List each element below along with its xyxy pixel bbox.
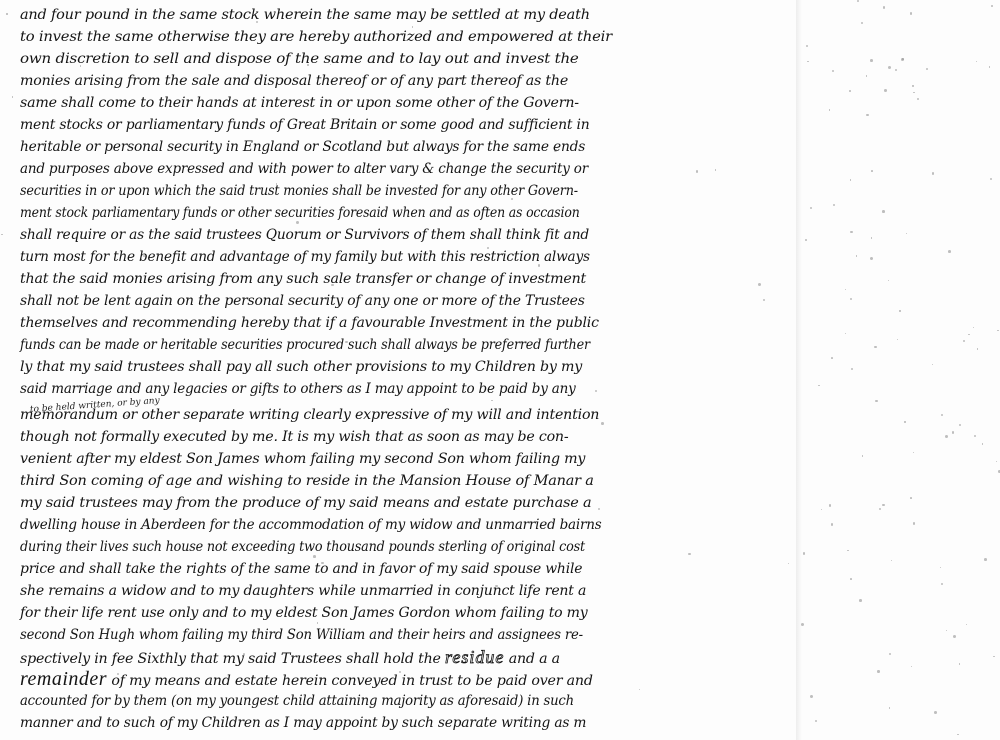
manuscript-line-33: manner and to such of my Children as I m…	[20, 712, 586, 734]
manuscript-line-14: shall not be lent again on the personal …	[20, 290, 585, 312]
line-31-text: of my means and estate herein conveyed i…	[111, 673, 592, 689]
remainder-word-emphasis: remainder	[20, 668, 107, 690]
residue-word-emphasis: residue	[445, 647, 504, 667]
manuscript-line-27: she remains a widow and to my daughters …	[20, 580, 586, 602]
manuscript-line-23: my said trustees may from the produce of…	[20, 492, 591, 514]
manuscript-line-12: turn most for the benefit and advantage …	[20, 246, 590, 268]
manuscript-line-16: funds can be made or heritable securitie…	[20, 334, 590, 356]
manuscript-line-1: and four pound in the same stock wherein…	[20, 4, 590, 26]
manuscript-line-7: heritable or personal security in Englan…	[20, 136, 585, 158]
manuscript-line-3: own discretion to sell and dispose of th…	[20, 48, 579, 70]
manuscript-line-30: spectively in fee Sixthly that my said T…	[20, 646, 560, 668]
line-30-text-start: spectively in fee Sixthly that my said T…	[20, 651, 441, 667]
manuscript-line-9: securities in or upon which the said tru…	[20, 180, 578, 202]
manuscript-line-15: themselves and recommending hereby that …	[20, 312, 599, 334]
manuscript-line-10: ment stock parliamentary funds or other …	[20, 202, 580, 224]
manuscript-line-24: dwelling house in Aberdeen for the accom…	[20, 514, 602, 536]
manuscript-line-22: third Son coming of age and wishing to r…	[20, 470, 594, 492]
manuscript-line-5: same shall come to their hands at intere…	[20, 92, 579, 114]
manuscript-line-2: to invest the same otherwise they are he…	[20, 26, 612, 48]
manuscript-line-21: venient after my eldest Son James whom f…	[20, 448, 585, 470]
manuscript-line-18: said marriage and any legacies or gifts …	[20, 378, 576, 400]
scanned-manuscript-page: and four pound in the same stock wherein…	[0, 0, 1000, 740]
manuscript-line-32: accounted for by them (on my youngest ch…	[20, 690, 574, 712]
manuscript-line-17: ly that my said trustees shall pay all s…	[20, 356, 582, 378]
manuscript-line-6: ment stocks or parliamentary funds of Gr…	[20, 114, 589, 136]
manuscript-line-28: for their life rent use only and to my e…	[20, 602, 588, 624]
manuscript-line-26: price and shall take the rights of the s…	[20, 558, 582, 580]
manuscript-line-8: and purposes above expressed and with po…	[20, 158, 588, 180]
manuscript-line-29: second Son Hugh whom failing my third So…	[20, 624, 583, 646]
manuscript-line-25: during their lives such house not exceed…	[20, 536, 585, 558]
line-30-text-end: and a a	[509, 651, 560, 667]
manuscript-line-20: though not formally executed by me. It i…	[20, 426, 568, 448]
manuscript-line-4: monies arising from the sale and disposa…	[20, 70, 568, 92]
manuscript-line-13: that the said monies arising from any su…	[20, 268, 586, 290]
manuscript-line-31: remainder of my means and estate herein …	[20, 668, 593, 690]
text-column-edge-shadow	[796, 0, 802, 740]
manuscript-line-11: shall require or as the said trustees Qu…	[20, 224, 589, 246]
